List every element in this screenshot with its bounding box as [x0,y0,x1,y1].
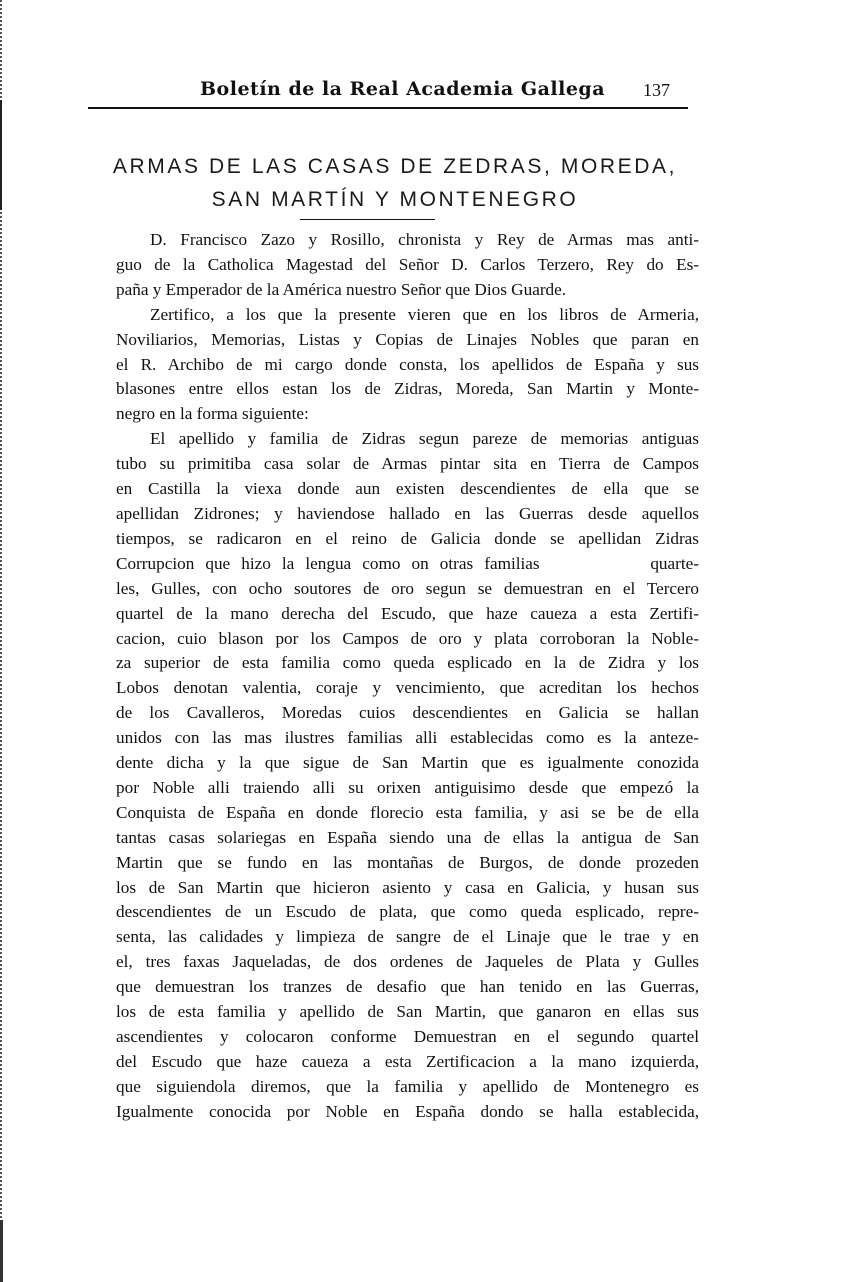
text-line: unidos con las mas ilustres familias all… [82,726,699,751]
page-binding-mark [0,1220,3,1282]
text-line: Igualmente conocida por Noble en España … [82,1100,699,1125]
text-line: de los Cavalleros, Moredas cuios descend… [82,701,699,726]
text-line: en Castilla la viexa donde aun existen d… [82,477,699,502]
text-line: por Noble alli traiendo alli su orixen a… [82,776,699,801]
page-number: 137 [643,80,670,101]
text-line: quartel de la mano derecha del Escudo, q… [82,602,699,627]
text-line: los de San Martin que hicieron asiento y… [82,876,699,901]
text-line: que siguiendola diremos, que la familia … [82,1075,699,1100]
paragraph-3: El apellido y familia de Zidras segun pa… [82,427,699,1124]
text-line: les, Gulles, con ocho soutores de oro se… [82,577,699,602]
text-line: guo de la Catholica Magestad del Señor D… [82,253,699,278]
text-line: Conquista de España en donde florecio es… [82,801,699,826]
text-line: Martin que se fundo en las montañas de B… [82,851,699,876]
text-line: el, tres faxas Jaqueladas, de dos ordene… [82,950,699,975]
text-line: blasones entre ellos estan los de Zidras… [82,377,699,402]
article-title-line-1: ARMAS DE LAS CASAS DE ZEDRAS, MOREDA, [80,150,710,183]
body-text: D. Francisco Zazo y Rosillo, chronista y… [82,228,699,1125]
text-line: que demuestran los tranzes de desafio qu… [82,975,699,1000]
text-line: apellidan Zidrones; y haviendose hallado… [82,502,699,527]
header-rule [88,107,688,109]
text-line: D. Francisco Zazo y Rosillo, chronista y… [82,228,699,253]
text-line: tubo su primitiba casa solar de Armas pi… [82,452,699,477]
paragraph-1: D. Francisco Zazo y Rosillo, chronista y… [82,228,699,303]
text-line: Lobos denotan valentia, coraje y vencimi… [82,676,699,701]
text-line: el R. Archibo de mi cargo donde consta, … [82,353,699,378]
text-line: El apellido y familia de Zidras segun pa… [82,427,699,452]
page-binding-mark [0,100,2,210]
text-line: Zertifico, a los que la presente vieren … [82,303,699,328]
running-head: Boletín de la Real Academia Gallega 137 [88,78,686,102]
title-rule [300,219,435,220]
text-line: del Escudo que haze caueza a esta Zertif… [82,1050,699,1075]
text-line: ascendientes y colocaron conforme Demues… [82,1025,699,1050]
paragraph-2: Zertifico, a los que la presente vieren … [82,303,699,428]
text-line: Noviliarios, Memorias, Listas y Copias d… [82,328,699,353]
text-line: za superior de esta familia como queda e… [82,651,699,676]
text-line: cacion, cuio blason por los Campos de or… [82,627,699,652]
text-line: dente dicha y la que sigue de San Martin… [82,751,699,776]
journal-title: Boletín de la Real Academia Gallega [200,78,605,100]
article-title: ARMAS DE LAS CASAS DE ZEDRAS, MOREDA, SA… [80,150,710,216]
text-line: paña y Emperador de la América nuestro S… [82,278,699,303]
text-line: tantas casas solariegas en España siendo… [82,826,699,851]
text-line: Corrupcion que hizo la lengua como on ot… [82,552,699,577]
text-line: descendientes de un Escudo de plata, que… [82,900,699,925]
article-title-line-2: SAN MARTÍN Y MONTENEGRO [80,183,710,216]
text-line: tiempos, se radicaron en el reino de Gal… [82,527,699,552]
text-line: los de esta familia y apellido de San Ma… [82,1000,699,1025]
text-line: senta, las calidades y limpieza de sangr… [82,925,699,950]
text-line: negro en la forma siguiente: [82,402,699,427]
